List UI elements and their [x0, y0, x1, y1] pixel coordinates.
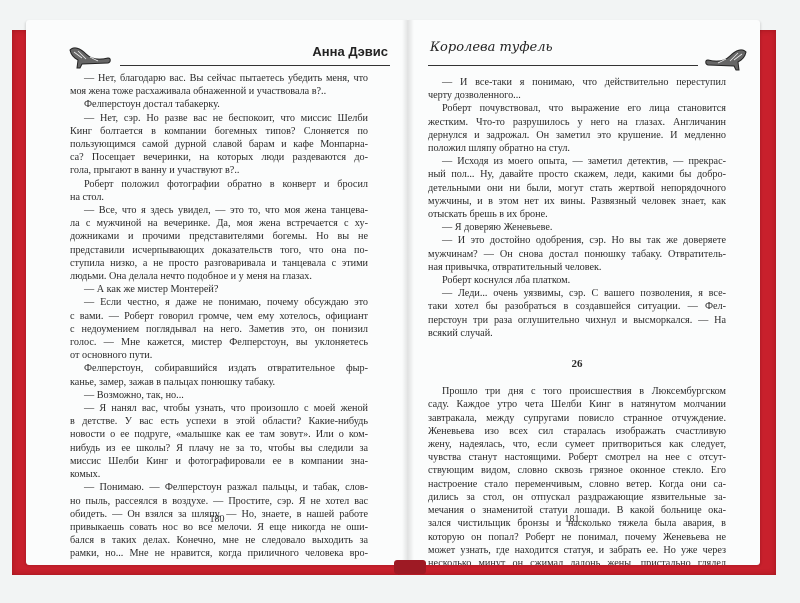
text-line: перстоун три раза оглушительно чихнул и …	[428, 314, 726, 327]
text-line: канье, замер, зажав в пальцах понюшку та…	[70, 376, 368, 389]
text-line: всякий случай.	[428, 327, 726, 340]
head-rule	[428, 65, 698, 66]
text-line: Фелперстоун достал табакерку.	[70, 98, 368, 111]
text-line: — Исходя из моего опыта, — заметил детек…	[428, 155, 726, 168]
text-line: — И все-таки я понимаю, что действительн…	[428, 76, 726, 89]
text-line: — Я доверяю Женевьеве.	[428, 221, 726, 234]
text-line: — И это достойно одобрения, сэр. Но вы т…	[428, 234, 726, 247]
text-line: де вас держат за дурака.	[70, 561, 368, 565]
text-line: — Нет, сэр. Но разве вас не беспокоит, ч…	[70, 112, 368, 125]
text-after-chapter: Прошло три дня с того происшествия в Люк…	[428, 385, 726, 565]
chapter-number: 26	[428, 358, 726, 371]
text-line: — Все, что я здесь увидел, — это то, что…	[70, 204, 368, 217]
text-line: настроение стало переменчивым, словно ве…	[428, 478, 726, 491]
text-line: жену, надеялась, что, если сумеет притво…	[428, 438, 726, 451]
text-line: ступила низко, а не просто разговаривала…	[70, 257, 368, 270]
text-line: саду. Каждое утро чета Шелби Кинг в натя…	[428, 398, 726, 411]
text-line: Роберт положил фотографии обратно в конв…	[70, 178, 368, 191]
text-line: дернулся и задрожал. Он заметил это круш…	[428, 129, 726, 142]
text-line: положил шляпу обратно на стул.	[428, 142, 726, 155]
text-line: нибудь из ее школы? Я плачу не за то, чт…	[70, 442, 368, 455]
shoe-icon	[704, 42, 748, 72]
spine-band	[394, 560, 426, 574]
text-line: Женевьева изо всех сил старалась изображ…	[428, 425, 726, 438]
text-line: — А как же мистер Монтерей?	[70, 283, 368, 296]
text-line: миссис Шелби Кинг и фотографировали ее в…	[70, 455, 368, 468]
text-line: — Я нанял вас, чтобы узнать, что произош…	[70, 402, 368, 415]
text-line: с вами. — Роберт говорил громче, чем ему…	[70, 310, 368, 323]
page-number-left: 180	[26, 514, 408, 525]
text-line: с недоумением поглядывал на него. Замети…	[70, 323, 368, 336]
body-text-left: — Нет, благодарю вас. Вы сейчас пытаетес…	[70, 72, 368, 565]
shoe-icon	[68, 40, 112, 70]
text-line: Прошло три дня с того происшествия в Люк…	[428, 385, 726, 398]
text-line: дились за стол, он отпускал раздражающие…	[428, 491, 726, 504]
text-line: мужчинам? — Он снова достал понюшку таба…	[428, 248, 726, 261]
author-name: Анна Дэвис	[312, 44, 388, 59]
text-before-chapter: — И все-таки я понимаю, что действительн…	[428, 76, 726, 340]
text-line: — Понимаю. — Фелперстоун разжал пальцы, …	[70, 481, 368, 494]
body-text-right: — И все-таки я понимаю, что действительн…	[428, 76, 726, 565]
text-line: на стол.	[70, 191, 368, 204]
text-line: новости о ее подруге, «малышке как ее та…	[70, 428, 368, 441]
text-line: в детстве. У вас есть успехи в этой обла…	[70, 415, 368, 428]
text-line: отыскать брешь в их броне.	[428, 208, 726, 221]
right-page: Королева туфель — И все-таки я понимаю, …	[408, 20, 760, 565]
text-line: жестким. Что-то разрушилось у него на гл…	[428, 116, 726, 129]
book-gutter	[402, 20, 414, 565]
text-line: дожниками и прочими представителями боге…	[70, 230, 368, 243]
text-line: несколько минут он сжимал ладонь жены, п…	[428, 557, 726, 565]
text-line: ный пол... Ну, давайте просто скажем, ле…	[428, 168, 726, 181]
text-line: от основного пути.	[70, 349, 368, 362]
text-line: ла с мужчиной на вечеринке. Да, моя жена…	[70, 217, 368, 230]
running-head-right: Королева туфель	[428, 34, 748, 70]
text-line: Роберт коснулся лба платком.	[428, 274, 726, 287]
text-line: Фелперстоун, собиравшийся издать отврати…	[70, 362, 368, 375]
text-line: черту дозволенного...	[428, 89, 726, 102]
text-line: са? Посещает вечеринки, на которых люди …	[70, 151, 368, 164]
text-line: рамки, но... Мне не нравится, когда прил…	[70, 547, 368, 560]
text-line: может узнать, где находится статуя, и за…	[428, 544, 726, 557]
text-line: которую он попал? Роберт не понимал, поч…	[428, 531, 726, 544]
page-number-right: 181	[408, 514, 748, 525]
book-title: Королева туфель	[430, 40, 553, 55]
text-line: ствующим видом, словно сквозь грязное ок…	[428, 464, 726, 477]
text-line: пользующимся самой дурной славой барам и…	[70, 138, 368, 151]
text-line: Кинг болтается в компании богемных типов…	[70, 125, 368, 138]
head-rule	[120, 65, 390, 66]
text-line: людьми. Она делала нечто подобное и у ме…	[70, 270, 368, 283]
text-line: Роберт почувствовал, что выражение его л…	[428, 102, 726, 115]
running-head-left: Анна Дэвис	[70, 34, 390, 70]
text-line: голос. — Мне кажется, мистер Фелперстоун…	[70, 336, 368, 349]
text-line: моя жена тоже расхаживала обнаженной и у…	[70, 85, 368, 98]
text-line: бался в таких делах. Конечно, мне не сле…	[70, 534, 368, 547]
text-line: — Нет, благодарю вас. Вы сейчас пытаетес…	[70, 72, 368, 85]
left-page: Анна Дэвис — Нет, благодарю вас. Вы сейч…	[26, 20, 408, 565]
text-line: — Если честно, я даже не понимаю, почему…	[70, 296, 368, 309]
text-line: гола, прыгают в ванну и участвуют в?..	[70, 164, 368, 177]
text-line: мужчины, и в этом нет их вины. Развязный…	[428, 195, 726, 208]
text-line: представили исчерпывающих доказательств …	[70, 244, 368, 257]
text-line: — Леди... очень уязвимы, сэр. С вашего п…	[428, 287, 726, 300]
text-line: комых.	[70, 468, 368, 481]
text-line: завтракала, между супругами повисло стра…	[428, 412, 726, 425]
text-line: таки хотел бы разобраться в создавшейся …	[428, 300, 726, 313]
text-line: ная привычка, отвратительный человек.	[428, 261, 726, 274]
text-line: чувства станут настоящими. Роберт смотре…	[428, 451, 726, 464]
text-line: но пыль, рассеялся в воздухе. — Простите…	[70, 495, 368, 508]
text-line: — Возможно, так, но...	[70, 389, 368, 402]
text-line: детельными они ни были, могут стать жерт…	[428, 182, 726, 195]
